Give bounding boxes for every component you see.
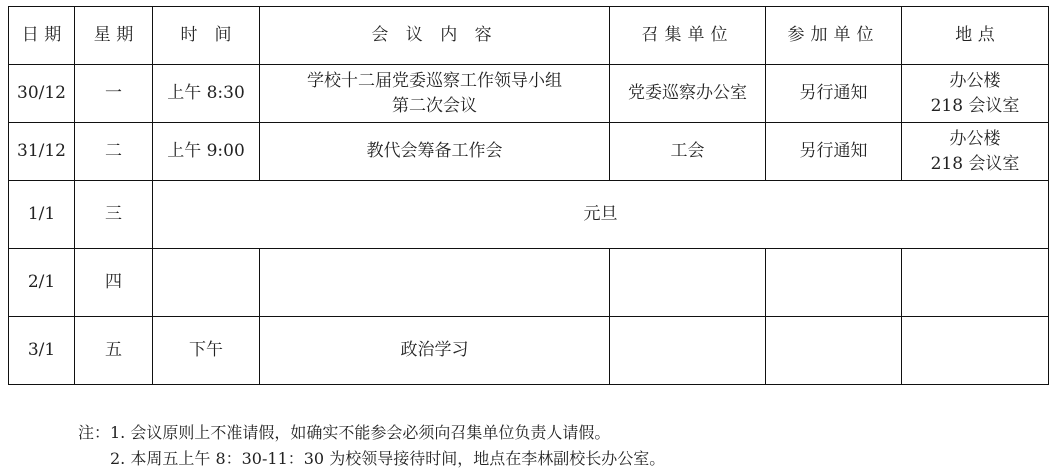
- cell-convener: 党委巡察办公室: [610, 65, 766, 123]
- cell-time: 上午 9:00: [153, 123, 260, 181]
- cell-date: 3/1: [9, 317, 75, 385]
- cell-participants: 另行通知: [766, 65, 902, 123]
- cell-time: 下午: [153, 317, 260, 385]
- cell-time: 上午 8:30: [153, 65, 260, 123]
- note-2: 2. 本周五上午 8：30-11：30 为校领导接待时间，地点在李林副校长办公室…: [110, 446, 665, 469]
- cell-weekday: 四: [75, 249, 153, 317]
- content-line: 第二次会议: [260, 94, 609, 119]
- note-1: 注：1. 会议原则上不准请假，如确实不能参会必须向召集单位负责人请假。: [78, 420, 610, 443]
- cell-date: 31/12: [9, 123, 75, 181]
- cell-participants: [766, 249, 902, 317]
- cell-convener: 工会: [610, 123, 766, 181]
- header-location: 地 点: [902, 7, 1049, 65]
- cell-date: 2/1: [9, 249, 75, 317]
- cell-holiday: 元旦: [153, 181, 1049, 249]
- cell-weekday: 一: [75, 65, 153, 123]
- header-participants: 参加单位: [766, 7, 902, 65]
- meeting-schedule-table: 日 期 星 期 时 间 会 议 内 容 召集单位 参加单位 地 点 30/12 …: [8, 6, 1049, 385]
- cell-participants: [766, 317, 902, 385]
- header-row: 日 期 星 期 时 间 会 议 内 容 召集单位 参加单位 地 点: [9, 7, 1049, 65]
- location-line: 218 会议室: [902, 152, 1048, 177]
- cell-weekday: 二: [75, 123, 153, 181]
- cell-location: [902, 317, 1049, 385]
- header-weekday: 星 期: [75, 7, 153, 65]
- location-line: 218 会议室: [902, 94, 1048, 119]
- table-row: 3/1 五 下午 政治学习: [9, 317, 1049, 385]
- table-row: 1/1 三 元旦: [9, 181, 1049, 249]
- cell-convener: [610, 249, 766, 317]
- content-line: 学校十二届党委巡察工作领导小组: [260, 69, 609, 94]
- cell-location: [902, 249, 1049, 317]
- cell-location: 办公楼 218 会议室: [902, 65, 1049, 123]
- table-row: 31/12 二 上午 9:00 教代会筹备工作会 工会 另行通知 办公楼 218…: [9, 123, 1049, 181]
- cell-content: 学校十二届党委巡察工作领导小组 第二次会议: [260, 65, 610, 123]
- location-line: 办公楼: [902, 69, 1048, 94]
- table-row: 2/1 四: [9, 249, 1049, 317]
- cell-weekday: 三: [75, 181, 153, 249]
- cell-content: 政治学习: [260, 317, 610, 385]
- header-content: 会 议 内 容: [260, 7, 610, 65]
- cell-content: [260, 249, 610, 317]
- cell-time: [153, 249, 260, 317]
- cell-content: 教代会筹备工作会: [260, 123, 610, 181]
- cell-weekday: 五: [75, 317, 153, 385]
- cell-date: 1/1: [9, 181, 75, 249]
- cell-date: 30/12: [9, 65, 75, 123]
- cell-location: 办公楼 218 会议室: [902, 123, 1049, 181]
- cell-participants: 另行通知: [766, 123, 902, 181]
- cell-convener: [610, 317, 766, 385]
- header-time: 时 间: [153, 7, 260, 65]
- header-date: 日 期: [9, 7, 75, 65]
- table-row: 30/12 一 上午 8:30 学校十二届党委巡察工作领导小组 第二次会议 党委…: [9, 65, 1049, 123]
- location-line: 办公楼: [902, 127, 1048, 152]
- header-convener: 召集单位: [610, 7, 766, 65]
